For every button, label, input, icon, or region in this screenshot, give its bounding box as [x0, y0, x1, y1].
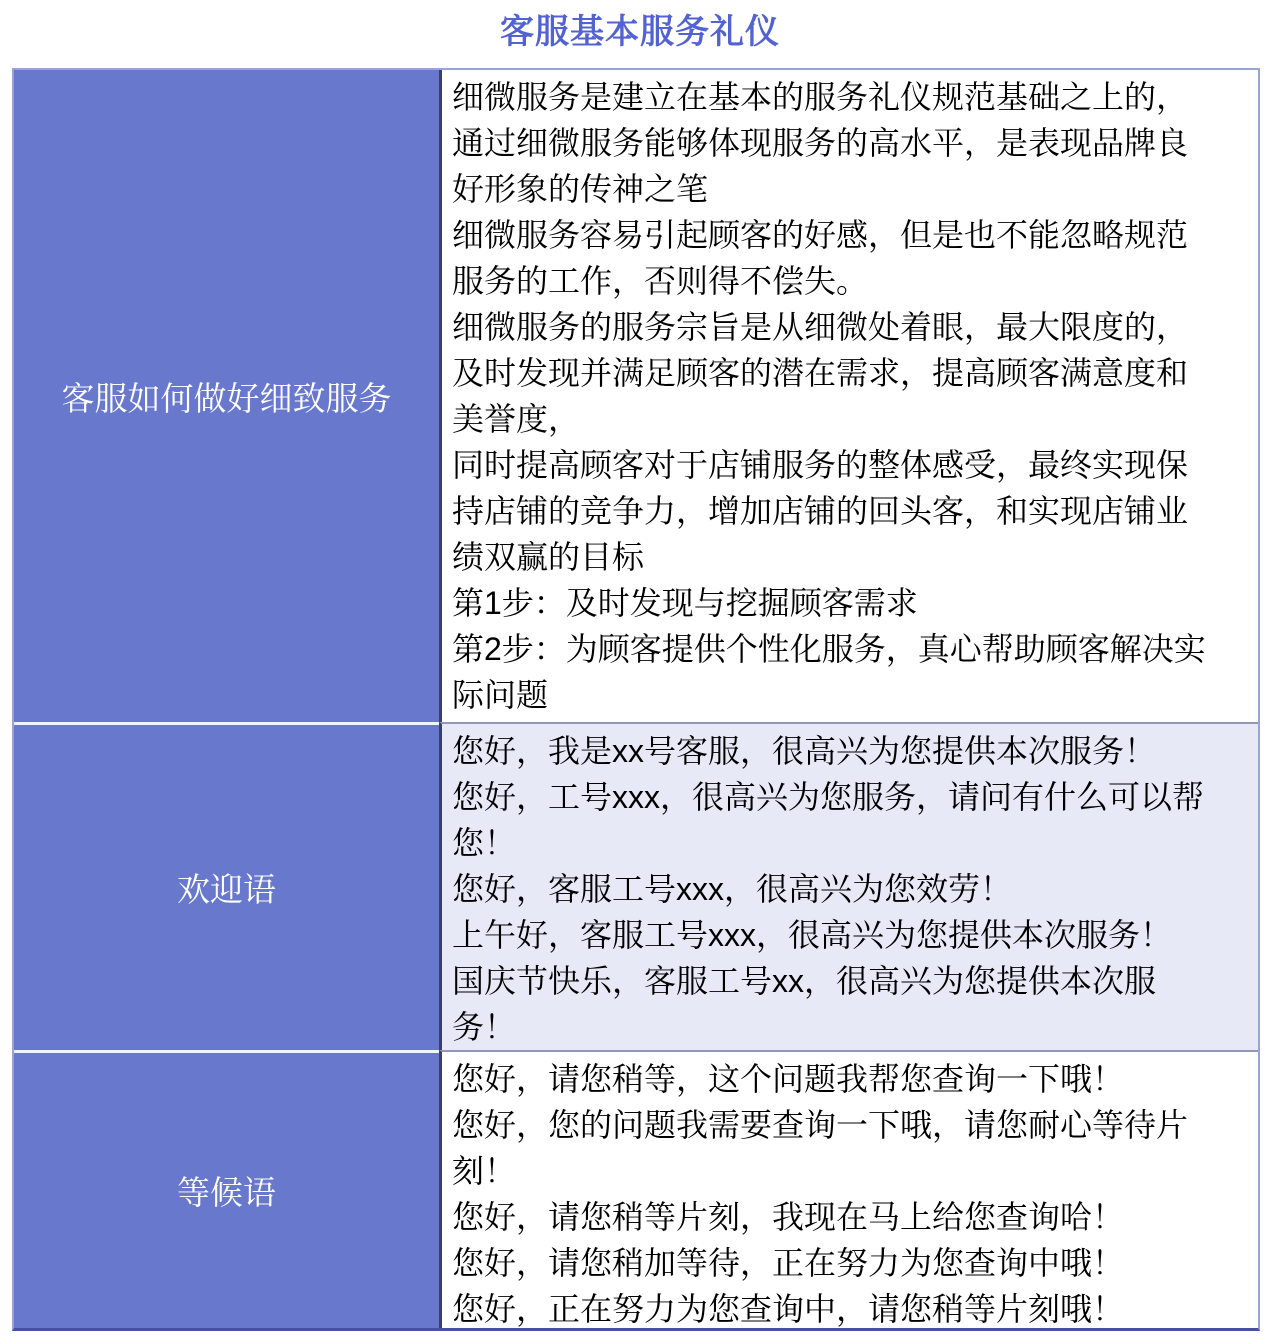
- etiquette-table: 客服如何做好细致服务 细微服务是建立在基本的服务礼仪规范基础之上的， 通过细微服…: [12, 68, 1260, 1331]
- row-label-detailed-service: 客服如何做好细致服务: [14, 70, 439, 722]
- row-label-waiting-phrases: 等候语: [14, 1050, 439, 1328]
- table-row-detailed-service: 客服如何做好细致服务 细微服务是建立在基本的服务礼仪规范基础之上的， 通过细微服…: [14, 70, 1258, 722]
- row-label-welcome-phrases: 欢迎语: [14, 722, 439, 1050]
- table-row-welcome-phrases: 欢迎语 您好，我是xx号客服，很高兴为您提供本次服务！ 您好，工号xxx，很高兴…: [14, 722, 1258, 1050]
- row-content-detailed-service: 细微服务是建立在基本的服务礼仪规范基础之上的， 通过细微服务能够体现服务的高水平…: [439, 70, 1258, 722]
- row-content-welcome-phrases: 您好，我是xx号客服，很高兴为您提供本次服务！ 您好，工号xxx，很高兴为您服务…: [439, 722, 1258, 1050]
- row-content-waiting-phrases: 您好，请您稍等，这个问题我帮您查询一下哦！ 您好，您的问题我需要查询一下哦，请您…: [439, 1050, 1258, 1328]
- page-title: 客服基本服务礼仪: [0, 4, 1280, 53]
- table-row-waiting-phrases: 等候语 您好，请您稍等，这个问题我帮您查询一下哦！ 您好，您的问题我需要查询一下…: [14, 1050, 1258, 1328]
